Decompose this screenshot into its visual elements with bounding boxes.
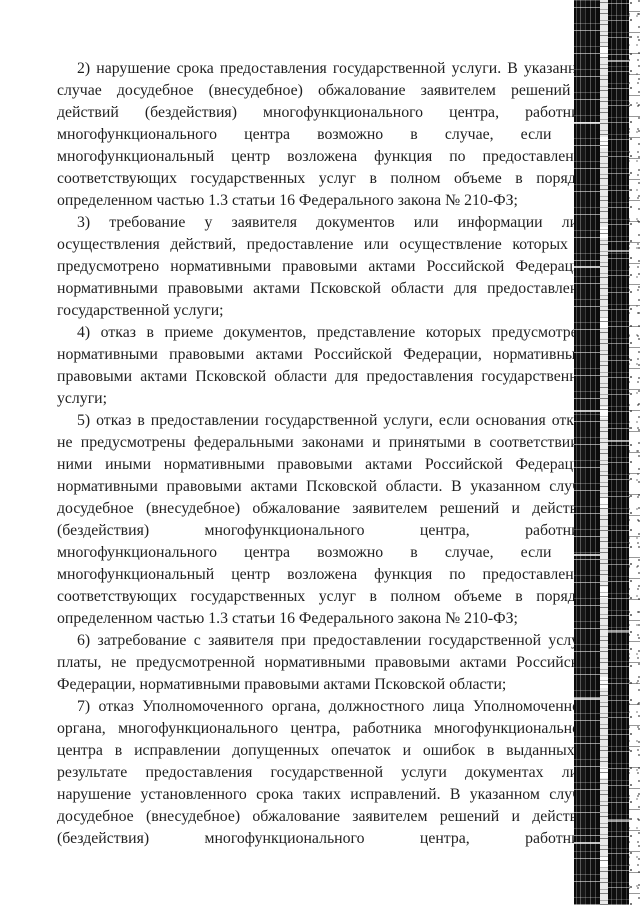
- text-line: определенном частью 1.3 статьи 16 Федера…: [57, 190, 594, 212]
- text-line: многофункционального центра возможно в с…: [57, 542, 594, 564]
- text-line: случае досудебное (внесудебное) обжалова…: [57, 80, 594, 102]
- text-line: (бездействия) многофункционального центр…: [57, 828, 594, 850]
- text-line: государственной услуги;: [57, 300, 594, 322]
- text-line: 4) отказ в приеме документов, представле…: [57, 322, 594, 344]
- text-line: 6) затребование с заявителя при предоста…: [57, 630, 594, 652]
- paragraph: 5) отказ в предоставлении государственно…: [57, 410, 594, 630]
- text-line: 7) отказ Уполномоченного органа, должнос…: [57, 696, 594, 718]
- paragraph: 7) отказ Уполномоченного органа, должнос…: [57, 696, 594, 850]
- text-line: нормативными правовыми актами Российской…: [57, 344, 594, 366]
- text-line: (бездействия) многофункционального центр…: [57, 520, 594, 542]
- text-line: нормативными правовыми актами Псковской …: [57, 278, 594, 300]
- paragraph: 4) отказ в приеме документов, представле…: [57, 322, 594, 410]
- text-line: многофункционального центра возможно в с…: [57, 124, 594, 146]
- text-line: многофункциональный центр возложена функ…: [57, 146, 594, 168]
- text-line: соответствующих государственных услуг в …: [57, 586, 594, 608]
- text-line: досудебное (внесудебное) обжалование зая…: [57, 498, 594, 520]
- text-line: соответствующих государственных услуг в …: [57, 168, 594, 190]
- text-line: нарушение установленного срока таких исп…: [57, 784, 594, 806]
- text-line: нормативными правовыми актами Псковской …: [57, 476, 594, 498]
- paragraph: 2) нарушение срока предоставления госуда…: [57, 58, 594, 212]
- text-line: не предусмотрены федеральными законами и…: [57, 432, 594, 454]
- text-line: определенном частью 1.3 статьи 16 Федера…: [57, 608, 594, 630]
- text-line: органа, многофункционального центра, раб…: [57, 718, 594, 740]
- scan-dark-band-right: [608, 0, 629, 905]
- scanned-document-page: 2) нарушение срока предоставления госуда…: [0, 0, 640, 905]
- text-line: действий (бездействия) многофункциональн…: [57, 102, 594, 124]
- document-text: 2) нарушение срока предоставления госуда…: [57, 58, 594, 850]
- paragraph: 3) требование у заявителя документов или…: [57, 212, 594, 322]
- text-line: досудебное (внесудебное) обжалование зая…: [57, 806, 594, 828]
- text-line: Федерации, нормативными правовыми актами…: [57, 674, 594, 696]
- paragraph: 6) затребование с заявителя при предоста…: [57, 630, 594, 696]
- text-line: многофункциональный центр возложена функ…: [57, 564, 594, 586]
- text-line: услуги;: [57, 388, 594, 410]
- text-line: правовыми актами Псковской области для п…: [57, 366, 594, 388]
- text-line: центра в исправлении допущенных опечаток…: [57, 740, 594, 762]
- scan-band-gap: [600, 0, 608, 905]
- text-line: предусмотрено нормативными правовыми акт…: [57, 256, 594, 278]
- text-line: платы, не предусмотренной нормативными п…: [57, 652, 594, 674]
- text-line: 5) отказ в предоставлении государственно…: [57, 410, 594, 432]
- scan-noise-speckles: [629, 0, 640, 905]
- text-line: результате предоставления государственно…: [57, 762, 594, 784]
- text-line: 2) нарушение срока предоставления госуда…: [57, 58, 594, 80]
- text-line: осуществления действий, предоставление и…: [57, 234, 594, 256]
- text-line: 3) требование у заявителя документов или…: [57, 212, 594, 234]
- text-line: ними иными нормативными правовыми актами…: [57, 454, 594, 476]
